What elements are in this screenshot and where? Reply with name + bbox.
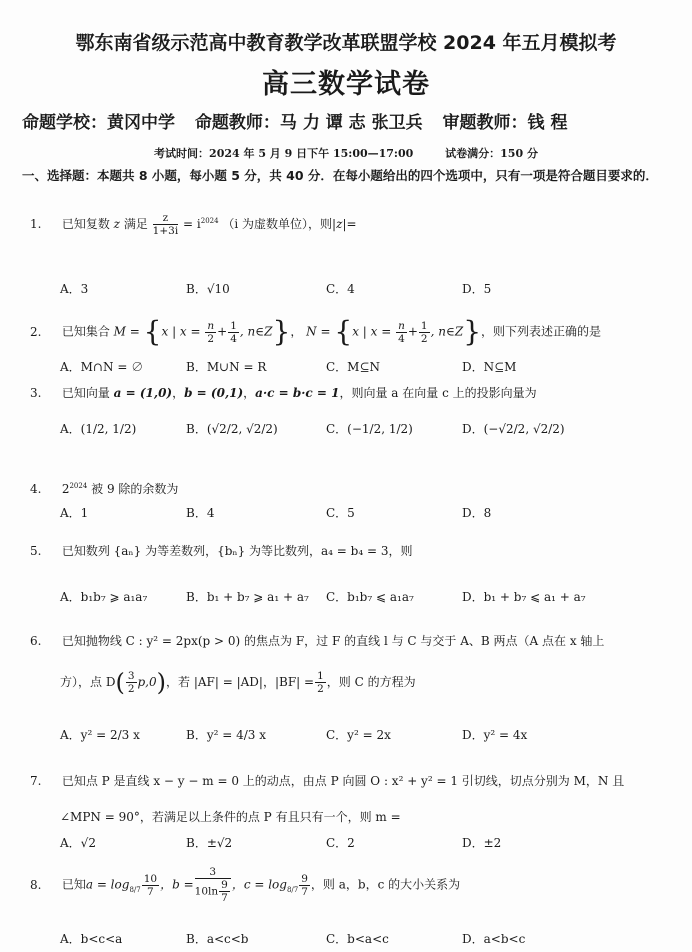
q8-a: a = log — [86, 878, 130, 892]
q1-text4: |= — [342, 217, 356, 231]
frac-num: 1 — [419, 320, 430, 333]
q6-frac: 32 — [126, 670, 137, 695]
option-c[interactable]: C．y² = 2x — [326, 726, 391, 743]
option-d[interactable]: D．N⊆M — [462, 358, 516, 375]
q1-text3: （i 为虚数单位），则| — [222, 217, 336, 231]
option-b[interactable]: B．(√2/2, √2/2) — [186, 420, 278, 437]
q3-text: 已知向量 — [62, 386, 110, 400]
q1-exp: 2024 — [201, 217, 219, 225]
exam-time: 考试时间：2024 年 5 月 9 日下午 15:00—17:00 — [154, 147, 413, 160]
option-c[interactable]: C．M⊆N — [326, 358, 380, 375]
option-c[interactable]: C．5 — [326, 504, 355, 521]
q6-tail: ，则 C 的方程为 — [327, 675, 416, 689]
q4-post: 被 9 除的余数为 — [91, 482, 178, 496]
question-number: 7. — [30, 774, 58, 788]
question-number: 2. — [30, 325, 58, 339]
question-6-line2: 方），点 D(32p,0)，若 |AF| = |AD|，|BF| =12，则 C… — [60, 670, 416, 695]
option-b[interactable]: B．4 — [186, 504, 214, 521]
frac-num: 1 — [228, 320, 239, 333]
brace: } — [272, 315, 290, 348]
frac-den: 7 — [142, 886, 159, 898]
q2-set: x | x = — [352, 325, 391, 339]
option-a[interactable]: A．(1/2, 1/2) — [60, 420, 136, 437]
frac-den: 2 — [205, 333, 216, 345]
option-b[interactable]: B．a<c<b — [186, 930, 249, 947]
option-a[interactable]: A．M∩N = ∅ — [60, 358, 143, 375]
question-number: 8. — [30, 878, 58, 892]
q8-base: 8/7 — [287, 886, 298, 894]
paren: ) — [157, 669, 166, 697]
option-c[interactable]: C．b₁b₇ ⩽ a₁a₇ — [326, 588, 414, 605]
option-c[interactable]: C．4 — [326, 280, 355, 297]
q8-c: ，c = log — [232, 878, 287, 892]
option-d[interactable]: D．5 — [462, 280, 491, 297]
question-7: 7. 已知点 P 是直线 x − y − m = 0 上的动点，由点 P 向圆 … — [30, 772, 624, 789]
frac-num: 3 — [126, 670, 137, 683]
frac-den: 2 — [419, 333, 430, 345]
frac-num: n — [396, 320, 407, 333]
q7-line1: 已知点 P 是直线 x − y − m = 0 上的动点，由点 P 向圆 O :… — [62, 774, 624, 788]
option-b[interactable]: B．y² = 4/3 x — [186, 726, 266, 743]
q1-fraction: z1+3i — [153, 212, 179, 237]
option-a[interactable]: A．1 — [60, 504, 88, 521]
frac-den: 7 — [299, 886, 310, 898]
option-d[interactable]: D．a<b<c — [462, 930, 525, 947]
option-d[interactable]: D．(−√2/2, √2/2) — [462, 420, 565, 437]
question-number: 4. — [30, 482, 58, 496]
q2-tail: , n∈Z — [240, 325, 273, 339]
question-8: 8. 已知a = log8/7107，b =310ln97，c = log8/7… — [30, 866, 460, 904]
inner-frac: 97 — [219, 879, 230, 904]
author-school: 命题学校：黄冈中学 — [22, 113, 175, 133]
plus: + — [408, 325, 418, 339]
question-number: 3. — [30, 386, 58, 400]
author-teachers: 命题教师：马 力 谭 志 张卫兵 — [195, 113, 423, 133]
q1-text: 已知复数 — [62, 217, 110, 231]
full-score: 试卷满分：150 分 — [445, 147, 538, 160]
q6-text2: ，若 |AF| = |AD|，|BF| = — [166, 675, 314, 689]
q5-text: 已知数列 {aₙ} 为等差数列，{bₙ} 为等比数列，a₄ = b₄ = 3，则 — [62, 544, 413, 558]
exam-title: 鄂东南省级示范高中教育教学改革联盟学校 2024 年五月模拟考 — [0, 28, 692, 55]
q2-frac: 12 — [419, 320, 430, 345]
q6-line1: 已知抛物线 C : y² = 2px(p > 0) 的焦点为 F，过 F 的直线… — [62, 634, 605, 648]
question-number: 1. — [30, 217, 58, 231]
frac-num: 9 — [299, 873, 310, 886]
q6-half: 12 — [315, 670, 326, 695]
q1-eq: = i — [183, 217, 201, 231]
q8-frac: 97 — [299, 873, 310, 898]
q8-b: ，b = — [160, 878, 194, 892]
q2-M: M = — [114, 325, 140, 339]
option-a[interactable]: A．b<c<a — [60, 930, 122, 947]
q6-text: 方），点 D — [60, 675, 115, 689]
option-c[interactable]: C．b<a<c — [326, 930, 389, 947]
frac-den: 10ln97 — [195, 879, 231, 904]
question-6: 6. 已知抛物线 C : y² = 2px(p > 0) 的焦点为 F，过 F … — [30, 632, 604, 649]
frac-den: 4 — [228, 333, 239, 345]
q6-p: p,0 — [138, 675, 157, 689]
option-b[interactable]: B．b₁ + b₇ ⩾ a₁ + a₇ — [186, 588, 309, 605]
q1-var: z — [114, 217, 120, 231]
option-a[interactable]: A．3 — [60, 280, 88, 297]
brace: { — [334, 315, 352, 348]
question-number: 6. — [30, 634, 58, 648]
q8-text: 已知 — [62, 878, 86, 892]
q3-b: b = (0,1) — [184, 386, 243, 400]
author-reviewer: 审题教师：钱 程 — [443, 113, 568, 133]
brace: { — [144, 315, 162, 348]
q8-base: 8/7 — [129, 886, 140, 894]
option-c[interactable]: C．2 — [326, 834, 355, 851]
frac-den: 2 — [126, 683, 137, 695]
q8-frac: 107 — [142, 873, 159, 898]
q2-post: ，则下列表述正确的是 — [481, 325, 601, 339]
q3-dot: a·c = b·c = 1 — [255, 386, 339, 400]
authors-line: 命题学校：黄冈中学 命题教师：马 力 谭 志 张卫兵 审题教师：钱 程 — [22, 108, 682, 133]
option-b[interactable]: B．M∪N = R — [186, 358, 266, 375]
q4-exp: 2024 — [69, 482, 87, 490]
option-b[interactable]: B．±√2 — [186, 834, 232, 851]
q3-post: ，则向量 a 在向量 c 上的投影向量为 — [339, 386, 536, 400]
frac-den: 2 — [315, 683, 326, 695]
frac-num: 3 — [195, 866, 231, 879]
ln: 10ln — [195, 886, 218, 898]
section-heading: 一、选择题：本题共 8 小题，每小题 5 分，共 40 分．在每小题给出的四个选… — [22, 165, 662, 187]
option-d[interactable]: D．±2 — [462, 834, 501, 851]
exam-page: 鄂东南省级示范高中教育教学改革联盟学校 2024 年五月模拟考 高三数学试卷 命… — [0, 0, 692, 952]
q2-frac: 14 — [228, 320, 239, 345]
question-2: 2. 已知集合 M = {x | x = n2+14, n∈Z}， N = {x… — [30, 318, 601, 346]
option-d[interactable]: D．8 — [462, 504, 491, 521]
option-a[interactable]: A．b₁b₇ ⩾ a₁a₇ — [60, 588, 147, 605]
frac-num: 10 — [142, 873, 159, 886]
paren: ( — [115, 669, 124, 697]
q8-frac-b: 310ln97 — [195, 866, 231, 904]
option-d[interactable]: D．b₁ + b₇ ⩽ a₁ + a₇ — [462, 588, 586, 605]
frac-den: 1+3i — [153, 225, 179, 237]
question-number: 5. — [30, 544, 58, 558]
question-4: 4. 22024 被 9 除的余数为 — [30, 480, 178, 497]
question-1: 1. 已知复数 z 满足 z1+3i = i2024 （i 为虚数单位），则|z… — [30, 212, 357, 237]
frac-num: z — [153, 212, 179, 225]
exam-info: 考试时间：2024 年 5 月 9 日下午 15:00—17:00 试卷满分：1… — [0, 145, 692, 161]
q8-post: ，则 a，b，c 的大小关系为 — [311, 878, 460, 892]
frac-num: n — [205, 320, 216, 333]
q2-N: N = — [306, 325, 330, 339]
q3-a: a = (1,0) — [114, 386, 172, 400]
q1-text2: 满足 — [124, 217, 148, 231]
frac-den: 4 — [396, 333, 407, 345]
q2-frac: n4 — [396, 320, 407, 345]
question-7-line2: ∠MPN = 90°，若满足以上条件的点 P 有且只有一个，则 m = — [60, 808, 401, 825]
option-a[interactable]: A．√2 — [60, 834, 96, 851]
q2-tail: , n∈Z — [431, 325, 464, 339]
q2-set: x | x = — [161, 325, 200, 339]
frac-num: 9 — [219, 879, 230, 892]
option-d[interactable]: D．y² = 4x — [462, 726, 527, 743]
frac-num: 1 — [315, 670, 326, 683]
q2-frac: n2 — [205, 320, 216, 345]
exam-subtitle: 高三数学试卷 — [0, 62, 692, 101]
option-a[interactable]: A．y² = 2/3 x — [60, 726, 140, 743]
question-3: 3. 已知向量 a = (1,0)，b = (0,1)，a·c = b·c = … — [30, 384, 537, 401]
frac-den: 7 — [219, 892, 230, 904]
sep: ， — [290, 325, 302, 339]
option-c[interactable]: C．(−1/2, 1/2) — [326, 420, 413, 437]
q2-text: 已知集合 — [62, 325, 110, 339]
option-b[interactable]: B．√10 — [186, 280, 230, 297]
brace: } — [463, 315, 481, 348]
plus: + — [217, 325, 227, 339]
question-5: 5. 已知数列 {aₙ} 为等差数列，{bₙ} 为等比数列，a₄ = b₄ = … — [30, 542, 413, 559]
